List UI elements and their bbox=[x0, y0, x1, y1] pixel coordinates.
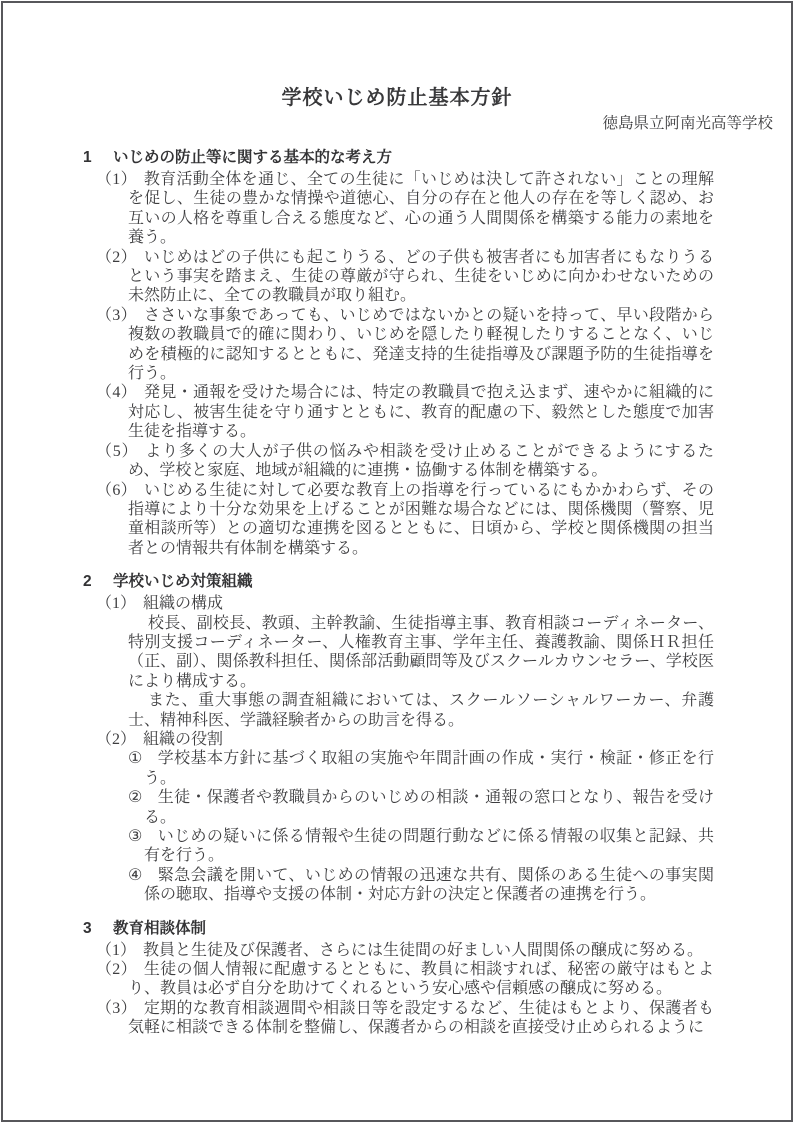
list-item: （1）組織の構成 bbox=[83, 594, 714, 613]
document-page: 学校いじめ防止基本方針 徳島県立阿南光高等学校 1いじめの防止等に関する基本的な… bbox=[1, 1, 793, 1122]
item-text: いじめはどの子供にも起こりうる、どの子供も被害者にも加害者にもなりうるという事実… bbox=[128, 249, 714, 305]
numbered-subitem: ②生徒・保護者や教職員からのいじめの相談・通報の窓口となり、報告を受ける。 bbox=[83, 788, 714, 827]
document-title: 学校いじめ防止基本方針 bbox=[3, 86, 791, 110]
numbered-subitem: ①学校基本方針に基づく取組の実施や年間計画の作成・実行・検証・修正を行う。 bbox=[83, 749, 714, 788]
subitem-label: ③ bbox=[128, 828, 143, 845]
item-label: （1） bbox=[96, 942, 136, 959]
item-text: 教員と生徒及び保護者、さらには生徒間の好ましい人間関係の醸成に努める。 bbox=[143, 942, 703, 959]
section-2-title: 学校いじめ対策組織 bbox=[113, 573, 253, 590]
list-item: （3）ささいな事象であっても、いじめではないかとの疑いを持って、早い段階から複数… bbox=[83, 306, 714, 384]
section-1-heading: 1いじめの防止等に関する基本的な考え方 bbox=[83, 148, 714, 168]
item-text: 定期的な教育相談週間や相談日等を設定するなど、生徒はもとより、保護者も気軽に相談… bbox=[128, 1000, 714, 1036]
item-text: 生徒の個人情報に配慮するとともに、教員に相談すれば、秘密の厳守はもとより、教員は… bbox=[128, 961, 714, 997]
section-3-number: 3 bbox=[83, 919, 113, 939]
subitem-label: ② bbox=[128, 789, 143, 806]
item-label: （2） bbox=[96, 249, 137, 266]
section-counseling: 3教育相談体制 （1）教員と生徒及び保護者、さらには生徒間の好ましい人間関係の醸… bbox=[83, 919, 714, 1038]
paragraph: 校長、副校長、教頭、主幹教諭、生徒指導主事、教育相談コーディネーター、特別支援コ… bbox=[83, 614, 714, 692]
school-name: 徳島県立阿南光高等学校 bbox=[3, 114, 773, 134]
item-label: （2） bbox=[96, 731, 136, 748]
item-label: （6） bbox=[96, 482, 137, 499]
section-2-number: 2 bbox=[83, 572, 113, 592]
subitem-text: 学校基本方針に基づく取組の実施や年間計画の作成・実行・検証・修正を行う。 bbox=[144, 750, 714, 786]
section-1-title: いじめの防止等に関する基本的な考え方 bbox=[113, 149, 392, 166]
list-item: （1）教員と生徒及び保護者、さらには生徒間の好ましい人間関係の醸成に努める。 bbox=[83, 941, 714, 960]
list-item: （6）いじめる生徒に対して必要な教育上の指導を行っているにもかかわらず、その指導… bbox=[83, 481, 714, 559]
item-label: （4） bbox=[96, 384, 137, 401]
list-item: （2）いじめはどの子供にも起こりうる、どの子供も被害者にも加害者にもなりうるとい… bbox=[83, 248, 714, 306]
document-body: 1いじめの防止等に関する基本的な考え方 （1）教育活動全体を通じ、全ての生徒に「… bbox=[83, 148, 714, 1038]
numbered-subitem: ④緊急会議を開いて、いじめの情報の迅速な共有、関係のある生徒への事実関係の聴取、… bbox=[83, 866, 714, 905]
item-label: （3） bbox=[96, 307, 137, 324]
item-text: 組織の役割 bbox=[143, 731, 223, 748]
item-text: 教育活動全体を通じ、全ての生徒に「いじめは決して許されない」ことの理解を促し、生… bbox=[128, 171, 714, 246]
section-3-heading: 3教育相談体制 bbox=[83, 919, 714, 939]
item-label: （3） bbox=[96, 1000, 137, 1017]
numbered-subitem: ③いじめの疑いに係る情報や生徒の問題行動などに係る情報の収集と記録、共有を行う。 bbox=[83, 827, 714, 866]
item-label: （1） bbox=[96, 171, 137, 188]
list-item: （1）教育活動全体を通じ、全ての生徒に「いじめは決して許されない」ことの理解を促… bbox=[83, 170, 714, 248]
subitem-text: 緊急会議を開いて、いじめの情報の迅速な共有、関係のある生徒への事実関係の聴取、指… bbox=[144, 867, 714, 903]
item-text: より多くの大人が子供の悩みや相談を受け止めることができるようにするため、学校と家… bbox=[128, 443, 714, 479]
subitem-text: 生徒・保護者や教職員からのいじめの相談・通報の窓口となり、報告を受ける。 bbox=[144, 789, 714, 825]
item-label: （2） bbox=[96, 961, 137, 978]
list-item: （5）より多くの大人が子供の悩みや相談を受け止めることができるようにするため、学… bbox=[83, 442, 714, 481]
section-3-title: 教育相談体制 bbox=[113, 920, 206, 937]
item-text: 組織の構成 bbox=[143, 595, 223, 612]
list-item: （2）組織の役割 bbox=[83, 730, 714, 749]
subitem-text: いじめの疑いに係る情報や生徒の問題行動などに係る情報の収集と記録、共有を行う。 bbox=[144, 828, 714, 864]
item-text: 発見・通報を受けた場合には、特定の教職員で抱え込まず、速やかに組織的に対応し、被… bbox=[128, 384, 714, 440]
item-label: （5） bbox=[96, 443, 138, 460]
section-2-heading: 2学校いじめ対策組織 bbox=[83, 572, 714, 592]
list-item: （2）生徒の個人情報に配慮するとともに、教員に相談すれば、秘密の厳守はもとより、… bbox=[83, 960, 714, 999]
list-item: （4）発見・通報を受けた場合には、特定の教職員で抱え込まず、速やかに組織的に対応… bbox=[83, 383, 714, 441]
subitem-label: ① bbox=[128, 750, 143, 767]
section-organization: 2学校いじめ対策組織 （1）組織の構成 校長、副校長、教頭、主幹教諭、生徒指導主… bbox=[83, 572, 714, 905]
list-item: （3）定期的な教育相談週間や相談日等を設定するなど、生徒はもとより、保護者も気軽… bbox=[83, 999, 714, 1038]
item-text: いじめる生徒に対して必要な教育上の指導を行っているにもかかわらず、その指導により… bbox=[128, 482, 714, 557]
subitem-label: ④ bbox=[128, 867, 143, 884]
section-basic-policy: 1いじめの防止等に関する基本的な考え方 （1）教育活動全体を通じ、全ての生徒に「… bbox=[83, 148, 714, 558]
section-1-number: 1 bbox=[83, 148, 113, 168]
item-label: （1） bbox=[96, 595, 136, 612]
item-text: ささいな事象であっても、いじめではないかとの疑いを持って、早い段階から複数の教職… bbox=[128, 307, 714, 382]
paragraph: また、重大事態の調査組織においては、スクールソーシャルワーカー、弁護士、精神科医… bbox=[83, 691, 714, 730]
